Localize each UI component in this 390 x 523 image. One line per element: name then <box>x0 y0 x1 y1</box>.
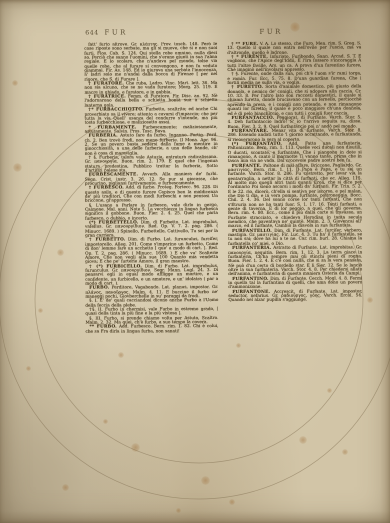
entry-body: Paltone di mal affare, Briccone, Pagliar… <box>228 162 362 228</box>
foxing-spot <box>13 163 22 172</box>
dictionary-entry: FURFANTERIA. Astratto di Furfante. Lat. … <box>228 246 362 277</box>
entry-body: † §. Furberia, talora vale Astuzia, entr… <box>85 154 218 173</box>
text-column-left: fatt' furto altrove. Gr. κλέπτης. Prov. … <box>84 42 219 414</box>
dictionary-entry: (*) FURFANTATO. Add. Fatto una furfanter… <box>228 141 362 163</box>
foxing-spot <box>201 476 210 485</box>
dictionary-entry: †* FURBACCHIOTTO. Furbetto, scaltrito; e… <box>85 107 218 125</box>
page-number: 644 <box>85 30 99 37</box>
page-header: 644 FUR FUR <box>84 26 361 42</box>
foxing-spot <box>103 419 108 424</box>
entry-body: Dim. di Furbo. Lat. furunculus, furcifer… <box>85 236 218 263</box>
foxing-spot <box>367 297 373 303</box>
foxing-spot <box>62 484 69 491</box>
entry-body: Astratto di Furfante. Lat. improbitas. G… <box>228 245 362 277</box>
entry-body: Sorta d'animale domestico, più giusto de… <box>227 84 361 116</box>
dictionary-entry: (*) FURBETTELLO. Dim. di Furbetto. Lat. … <box>85 220 218 238</box>
text-column-right: † ** FURE. V. A. Lo stesso, che Furo. Me… <box>227 41 363 413</box>
dictionary-entry: † FURETTO. Sorta d'animale domestico, pi… <box>227 85 361 116</box>
entry-body: fatt' furto altrove. Gr. κλέπτης. Prov. … <box>84 42 217 81</box>
dictionary-entry: FURBERIA. Astuto fare da furbo, Inganno.… <box>85 133 218 155</box>
foxing-spot <box>26 366 31 371</box>
foxing-spot <box>229 499 235 505</box>
foxing-spot <box>299 436 307 444</box>
foxing-spot <box>131 443 140 452</box>
foxing-spot <box>57 249 64 256</box>
dictionary-entry: fatt' furto altrove. Gr. κλέπτης. Prov. … <box>84 42 217 82</box>
dictionary-entry: † FURBESCO. Add. di furbo. Proteg. Forte… <box>85 185 218 203</box>
dictionary-entry: FURFANTONE. Accrescit. di Furfante. Lat.… <box>228 289 362 303</box>
foxing-spot <box>38 308 43 313</box>
scanned-dictionary-page: 644 FUR FUR fatt' furto altrove. Gr. κλέ… <box>0 0 390 523</box>
text-columns: fatt' furto altrove. Gr. κλέπτης. Prov. … <box>84 41 363 413</box>
dictionary-entry: ** FURBO. Add. Furbesco. Bern. rim. 1. 8… <box>85 324 218 333</box>
running-head-right: FUR <box>259 28 282 36</box>
foxing-spot <box>176 508 181 513</box>
dictionary-entry: † FURBETTO. Dim. di Furbo. Lat. furuncul… <box>85 237 218 264</box>
dictionary-entry: §. L'usano a Parlare in furbesco, vale d… <box>85 203 218 221</box>
dictionary-entry: FURFANTELLO. Dim. di Furfante. Lat. furc… <box>228 228 362 246</box>
entry-body: §. L'usano a Parlare in furbesco, vale d… <box>85 202 218 221</box>
dictionary-entry: † * FURENTE. Infuriato, Furibondo. Sann.… <box>227 54 361 72</box>
running-head-left: FUR <box>104 28 127 36</box>
printed-text-block: 644 FUR FUR fatt' furto altrove. Gr. κλέ… <box>84 26 363 413</box>
foxing-spot <box>12 80 18 86</box>
foxing-spot <box>342 449 348 455</box>
dictionary-entry: † (*) FURBICELLO. Dim. di Furbo. Lat. im… <box>85 264 218 286</box>
dictionary-entry: FURFANTE. Paltone di mal affare, Briccon… <box>228 163 362 229</box>
dictionary-entry: † §. Furberia, talora vale Astuzia, entr… <box>85 155 218 173</box>
